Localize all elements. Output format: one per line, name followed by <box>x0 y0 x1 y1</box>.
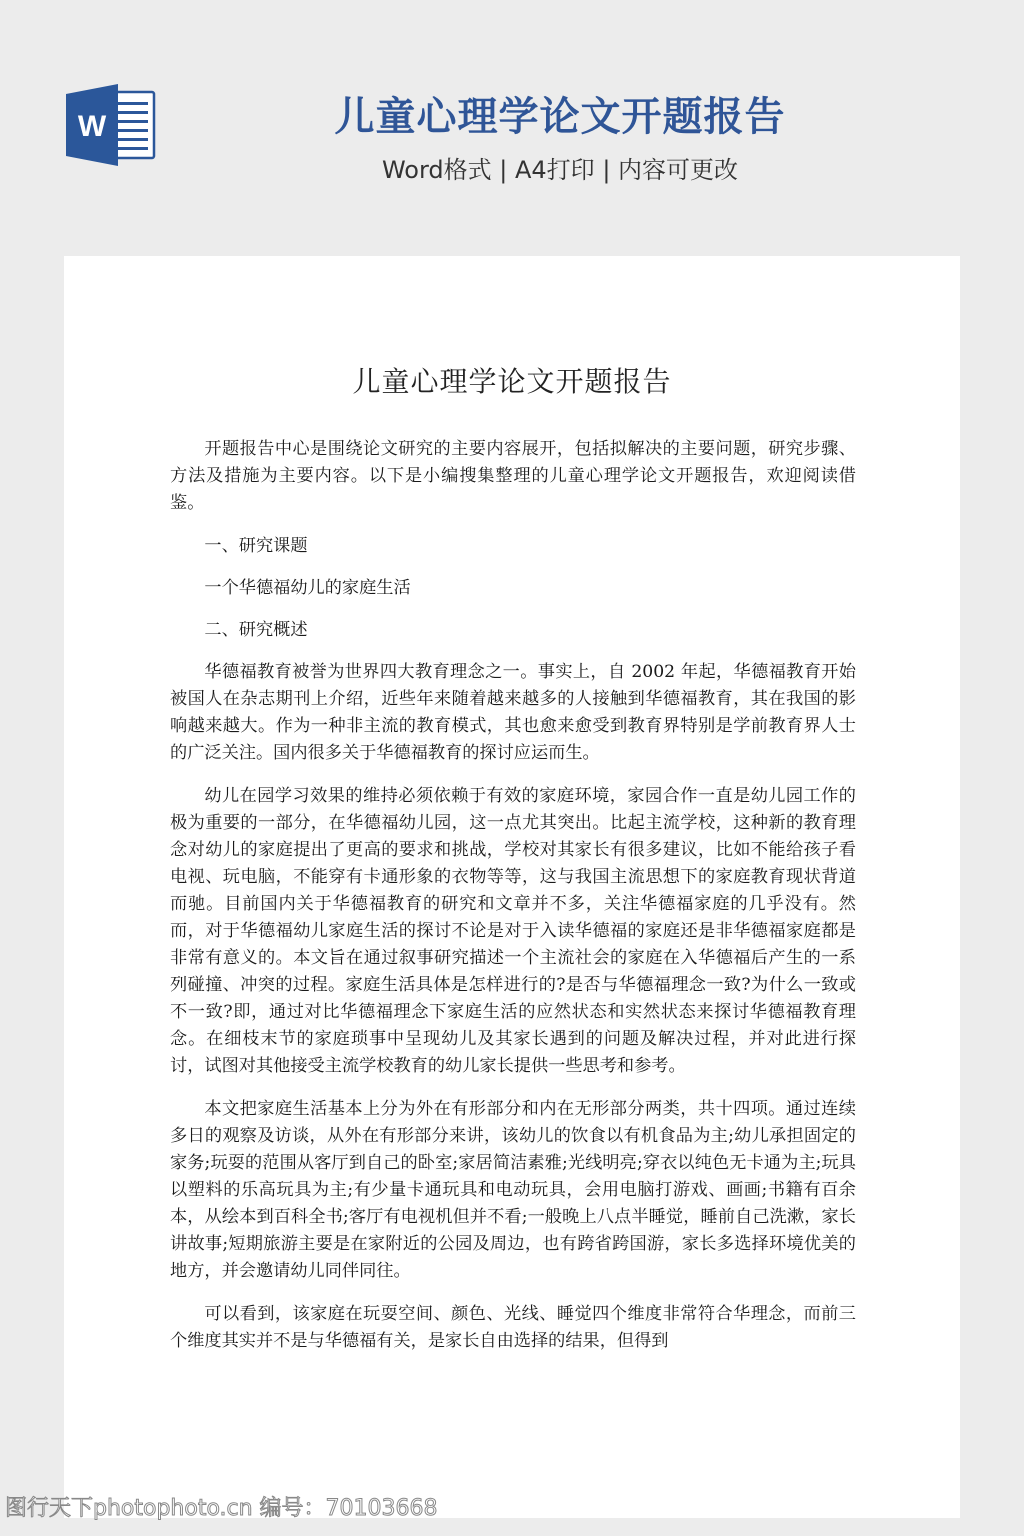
intro-paragraph: 开题报告中心是围绕论文研究的主要内容展开，包括拟解决的主要问题，研究步骤、方法及… <box>170 436 856 517</box>
header-banner: W 儿童心理学论文开题报告 Word格式 | A4打印 | 内容可更改 <box>0 0 1024 256</box>
section-heading: 二、研究概述 <box>170 617 856 644</box>
document-page: 儿童心理学论文开题报告 开题报告中心是围绕论文研究的主要内容展开，包括拟解决的主… <box>64 256 960 1518</box>
banner-title: 儿童心理学论文开题报告 <box>240 92 880 142</box>
section-heading: 一、研究课题 <box>170 533 856 560</box>
body-paragraph: 华德福教育被誉为世界四大教育理念之一。事实上，自 2002 年起，华德福教育开始… <box>170 659 856 767</box>
watermark: 图行天下photophoto.cn 编号：70103668 <box>5 1494 438 1524</box>
research-topic: 一个华德福幼儿的家庭生活 <box>170 575 856 602</box>
word-document-icon: W <box>64 84 156 166</box>
banner-subtitle: Word格式 | A4打印 | 内容可更改 <box>240 152 880 188</box>
svg-text:W: W <box>78 110 107 143</box>
body-paragraph: 幼儿在园学习效果的维持必须依赖于有效的家庭环境，家园合作一直是幼儿园工作的极为重… <box>170 783 856 1080</box>
document-title: 儿童心理学论文开题报告 <box>64 362 960 402</box>
body-paragraph: 本文把家庭生活基本上分为外在有形部分和内在无形部分两类，共十四项。通过连续多日的… <box>170 1096 856 1285</box>
body-paragraph: 可以看到，该家庭在玩耍空间、颜色、光线、睡觉四个维度非常符合华理念，而前三个维度… <box>170 1301 856 1355</box>
document-body: 开题报告中心是围绕论文研究的主要内容展开，包括拟解决的主要问题，研究步骤、方法及… <box>170 436 856 1371</box>
